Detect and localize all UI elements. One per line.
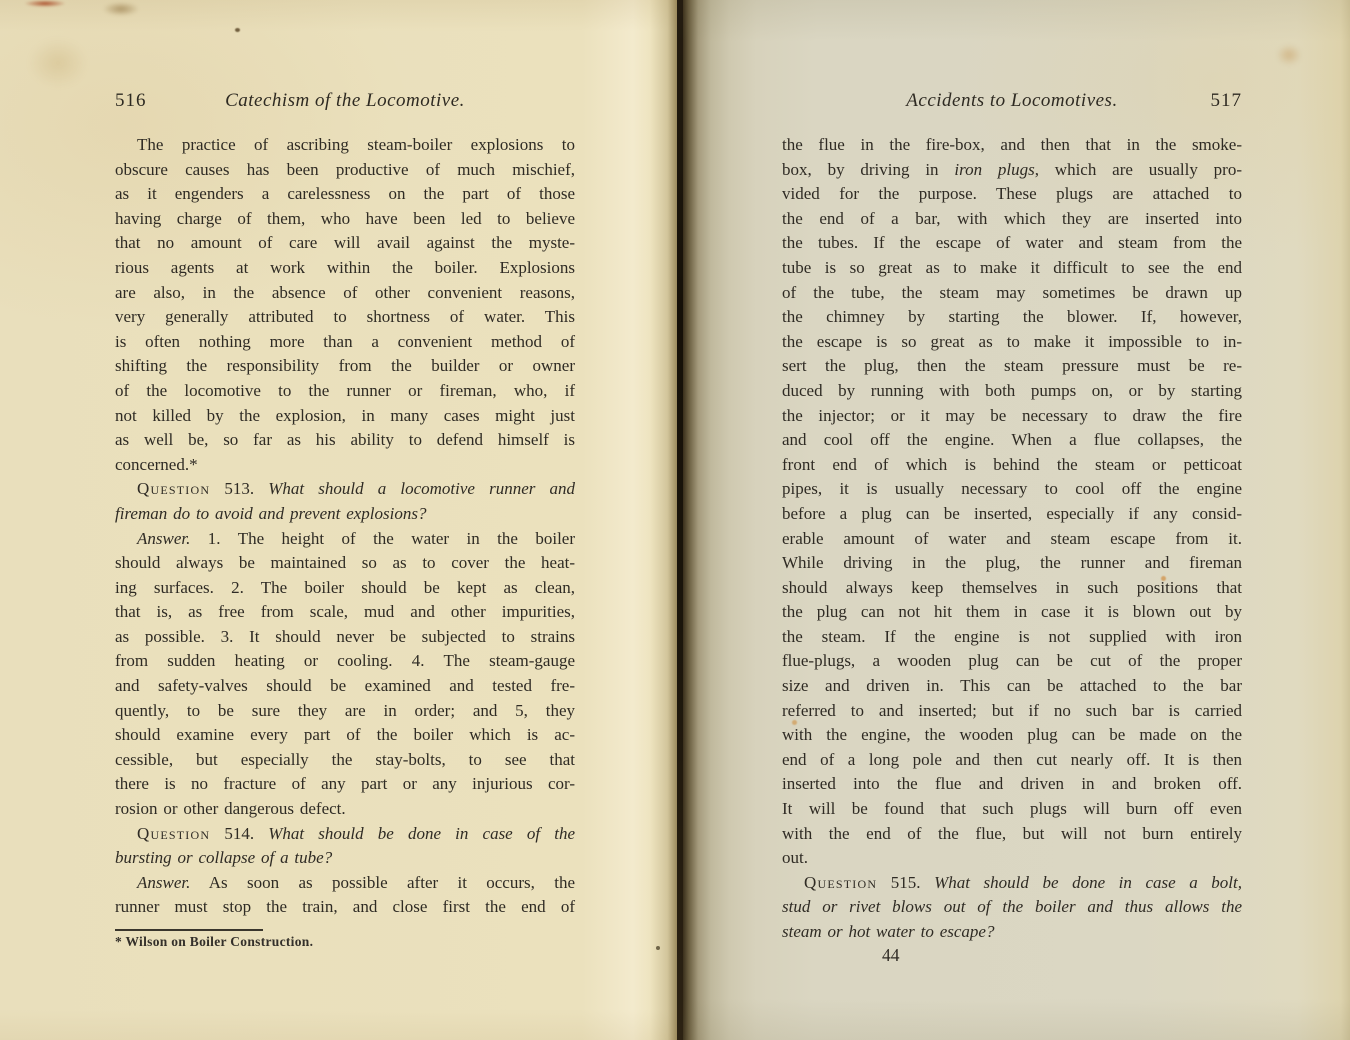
text-line: referred to and inserted; but if no such…	[782, 699, 1242, 724]
text-line: While driving in the plug, the runner an…	[782, 551, 1242, 576]
text-line: rosion or other dangerous defect.	[115, 797, 575, 822]
text-line: the injector; or it may be necessary to …	[782, 404, 1242, 429]
text-line: shifting the responsibility from the bui…	[115, 354, 575, 379]
text-line: out.	[782, 846, 1242, 871]
text-line: of the locomotive to the runner or firem…	[115, 379, 575, 404]
text-line: very generally attributed to shortness o…	[115, 305, 575, 330]
left-running-title: Catechism of the Locomotive.	[115, 90, 575, 112]
text-line: and safety-valves should be examined and…	[115, 674, 575, 699]
book-spread: 516 Catechism of the Locomotive. The pra…	[0, 0, 1350, 1040]
right-page-number: 517	[1211, 90, 1243, 112]
text-line: Question 514. What should be done in cas…	[115, 822, 575, 847]
text-line: should always keep themselves in such po…	[782, 576, 1242, 601]
text-line: cessible, but especially the stay-bolts,…	[115, 748, 575, 773]
text-line: tube is so great as to make it difficult…	[782, 256, 1242, 281]
text-line: with the end of the flue, but will not b…	[782, 822, 1242, 847]
text-line: duced by running with both pumps on, or …	[782, 379, 1242, 404]
footnote-rule	[115, 929, 263, 931]
left-page-text: The practice of ascribing steam-boiler e…	[115, 133, 575, 920]
text-line: the escape is so great as to make it imp…	[782, 330, 1242, 355]
text-line: end of a long pole and then cut nearly o…	[782, 748, 1242, 773]
text-line: that is, as free from scale, mud and oth…	[115, 600, 575, 625]
right-page-text: the flue in the fire-box, and then that …	[782, 133, 1242, 945]
text-line: runner must stop the train, and close fi…	[115, 895, 575, 920]
text-line: before a plug can be inserted, especiall…	[782, 502, 1242, 527]
footnote: * Wilson on Boiler Construction.	[115, 934, 575, 950]
text-line: not killed by the explosion, in many cas…	[115, 404, 575, 429]
text-line: inserted into the flue and driven in and…	[782, 772, 1242, 797]
text-line: It will be found that such plugs will bu…	[782, 797, 1242, 822]
text-line: should examine every part of the boiler …	[115, 723, 575, 748]
left-page-header: 516 Catechism of the Locomotive.	[115, 90, 575, 116]
text-line: as well be, so far as his ability to def…	[115, 428, 575, 453]
text-line: having charge of them, who have been led…	[115, 207, 575, 232]
text-line: quently, to be sure they are in order; a…	[115, 699, 575, 724]
text-line: concerned.*	[115, 453, 575, 478]
text-line: The practice of ascribing steam-boiler e…	[115, 133, 575, 158]
text-line: Question 515. What should be done in cas…	[782, 871, 1242, 896]
text-line: rious agents at work within the boiler. …	[115, 256, 575, 281]
text-line: Answer. As soon as possible after it occ…	[115, 871, 575, 896]
left-page: 516 Catechism of the Locomotive. The pra…	[0, 0, 677, 1040]
text-line: as possible. 3. It should never be subje…	[115, 625, 575, 650]
text-line: the end of a bar, with which they are in…	[782, 207, 1242, 232]
text-line: that no amount of care will avail agains…	[115, 231, 575, 256]
text-line: the steam. If the engine is not supplied…	[782, 625, 1242, 650]
text-line: with the engine, the wooden plug can be …	[782, 723, 1242, 748]
text-line: pipes, it is usually necessary to cool o…	[782, 477, 1242, 502]
text-line: is often nothing more than a convenient …	[115, 330, 575, 355]
text-line: stud or rivet blows out of the boiler an…	[782, 895, 1242, 920]
text-line: the plug can not hit them in case it is …	[782, 600, 1242, 625]
text-line: the flue in the fire-box, and then that …	[782, 133, 1242, 158]
right-page-header: Accidents to Locomotives. 517	[782, 90, 1242, 116]
text-line: steam or hot water to escape?	[782, 920, 1242, 945]
text-line: the chimney by starting the blower. If, …	[782, 305, 1242, 330]
text-line: vided for the purpose. These plugs are a…	[782, 182, 1242, 207]
text-line: front end of which is behind the steam o…	[782, 453, 1242, 478]
text-line: sert the plug, then the steam pressure m…	[782, 354, 1242, 379]
text-line: obscure causes has been productive of mu…	[115, 158, 575, 183]
text-line: flue-plugs, a wooden plug can be cut of …	[782, 649, 1242, 674]
text-line: fireman do to avoid and prevent explosio…	[115, 502, 575, 527]
right-running-title: Accidents to Locomotives.	[782, 90, 1242, 112]
text-line: as it engenders a carelessness on the pa…	[115, 182, 575, 207]
text-line: bursting or collapse of a tube?	[115, 846, 575, 871]
text-line: should always be maintained so as to cov…	[115, 551, 575, 576]
text-line: erable amount of water and steam escape …	[782, 527, 1242, 552]
right-page: Accidents to Locomotives. 517 the flue i…	[683, 0, 1350, 1040]
text-line: Question 513. What should a locomotive r…	[115, 477, 575, 502]
text-line: of the tube, the steam may sometimes be …	[782, 281, 1242, 306]
text-line: are also, in the absence of other conven…	[115, 281, 575, 306]
text-line: the tubes. If the escape of water and st…	[782, 231, 1242, 256]
text-line: ing surfaces. 2. The boiler should be ke…	[115, 576, 575, 601]
text-line: from sudden heating or cooling. 4. The s…	[115, 649, 575, 674]
text-line: box, by driving in iron plugs, which are…	[782, 158, 1242, 183]
signature-mark: 44	[782, 945, 1242, 966]
text-line: and cool off the engine. When a flue col…	[782, 428, 1242, 453]
text-line: there is no fracture of any part or any …	[115, 772, 575, 797]
text-line: size and driven in. This can be attached…	[782, 674, 1242, 699]
text-line: Answer. 1. The height of the water in th…	[115, 527, 575, 552]
